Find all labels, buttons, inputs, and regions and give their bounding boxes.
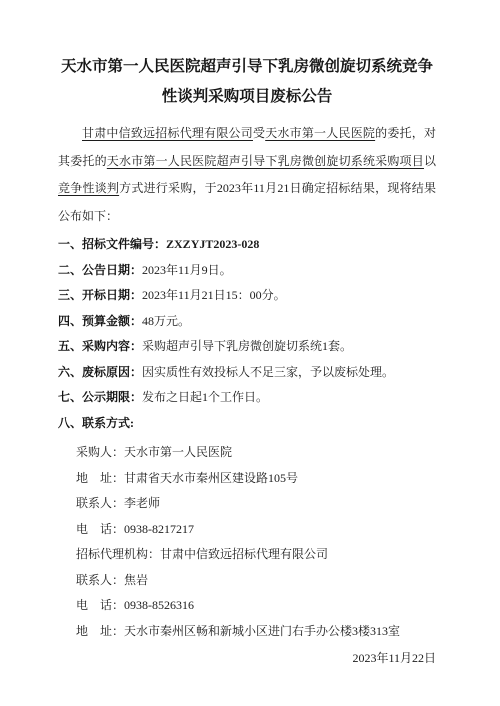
item-value: 2023年11月9日。: [142, 263, 232, 277]
announcement-item: 六、废标原因：因实质性有效投标人不足三家，予以废标处理。: [58, 360, 436, 386]
item-label: 六、废标原因：: [58, 365, 142, 379]
contact-value: 李老师: [124, 496, 160, 510]
item-label: 二、公告日期：: [58, 263, 142, 277]
intro-paragraph: 甘肃中信致远招标代理有限公司受天水市第一人民医院的委托，对其委托的天水市第一人民…: [58, 120, 436, 230]
announcement-item: 八、联系方式:: [58, 411, 436, 437]
contact-value: 焦岩: [124, 573, 148, 587]
item-value: 发布之日起1个工作日。: [142, 390, 268, 404]
announcement-item: 七、公示期限：发布之日起1个工作日。: [58, 385, 436, 411]
item-label: 五、采购内容：: [58, 339, 142, 353]
contact-row: 联系人：李老师: [76, 491, 436, 517]
contact-label: 电 话：: [76, 598, 124, 612]
intro-text: 以: [424, 154, 436, 168]
contact-label: 地 址：: [76, 471, 124, 485]
item-value: ZXZYJT2023-028: [166, 237, 259, 251]
contact-row: 招标代理机构：甘肃中信致远招标代理有限公司: [76, 542, 436, 568]
contact-label: 联系人：: [76, 573, 124, 587]
intro-underlined-text: 竞争性谈判: [58, 181, 119, 195]
numbered-items: 一、招标文件编号：ZXZYJT2023-028二、公告日期：2023年11月9日…: [58, 232, 436, 436]
contact-label: 联系人：: [76, 496, 124, 510]
contact-label: 地 址：: [76, 624, 124, 638]
announcement-item: 二、公告日期：2023年11月9日。: [58, 258, 436, 284]
contact-value: 天水市第一人民医院: [124, 445, 232, 459]
intro-text: 受: [253, 126, 265, 140]
item-label: 三、开标日期：: [58, 288, 142, 302]
announcement-item: 一、招标文件编号：ZXZYJT2023-028: [58, 232, 436, 258]
contact-value: 0938-8526316: [124, 598, 194, 612]
document-page: 天水市第一人民医院超声引导下乳房微创旋切系统竞争性谈判采购项目废标公告 甘肃中信…: [0, 0, 500, 706]
publish-date: 2023年11月22日: [58, 645, 436, 671]
contact-label: 采购人：: [76, 445, 124, 459]
contact-value: 甘肃省天水市秦州区建设路105号: [124, 471, 298, 485]
contact-value: 甘肃中信致远招标代理有限公司: [160, 547, 328, 561]
item-value: 因实质性有效投标人不足三家，予以废标处理。: [142, 365, 394, 379]
announcement-item: 五、采购内容：采购超声引导下乳房微创旋切系统1套。: [58, 334, 436, 360]
item-label: 七、公示期限：: [58, 390, 142, 404]
announcement-item: 三、开标日期：2023年11月21日15：00分。: [58, 283, 436, 309]
contact-value: 0938-8217217: [124, 522, 194, 536]
contact-label: 电 话：: [76, 522, 124, 536]
contact-row: 联系人：焦岩: [76, 568, 436, 594]
contact-row: 电 话：0938-8526316: [76, 593, 436, 619]
intro-underlined-text: 天水市第一人民医院: [265, 126, 375, 140]
intro-underlined-text: 天水市第一人民医院超声引导下乳房微创旋切系统采购项目: [107, 154, 424, 168]
contact-row: 地 址：天水市秦州区畅和新城小区进门右手办公楼3楼313室: [76, 619, 436, 645]
item-label: 四、预算金额：: [58, 314, 142, 328]
item-value: 采购超声引导下乳房微创旋切系统1套。: [142, 339, 352, 353]
item-label: 一、招标文件编号：: [58, 237, 166, 251]
page-title: 天水市第一人民医院超声引导下乳房微创旋切系统竞争性谈判采购项目废标公告: [58, 52, 436, 112]
contact-label: 招标代理机构：: [76, 547, 160, 561]
contact-value: 天水市秦州区畅和新城小区进门右手办公楼3楼313室: [124, 624, 400, 638]
announcement-item: 四、预算金额：48万元。: [58, 309, 436, 335]
item-label: 八、联系方式:: [58, 416, 134, 430]
contact-row: 采购人：天水市第一人民医院: [76, 440, 436, 466]
item-value: 2023年11月21日15：00分。: [142, 288, 286, 302]
item-value: 48万元。: [142, 314, 190, 328]
contact-list: 采购人：天水市第一人民医院地 址：甘肃省天水市秦州区建设路105号联系人：李老师…: [58, 440, 436, 644]
contact-row: 地 址：甘肃省天水市秦州区建设路105号: [76, 466, 436, 492]
intro-underlined-text: 甘肃中信致远招标代理有限公司: [82, 126, 253, 140]
contact-row: 电 话：0938-8217217: [76, 517, 436, 543]
